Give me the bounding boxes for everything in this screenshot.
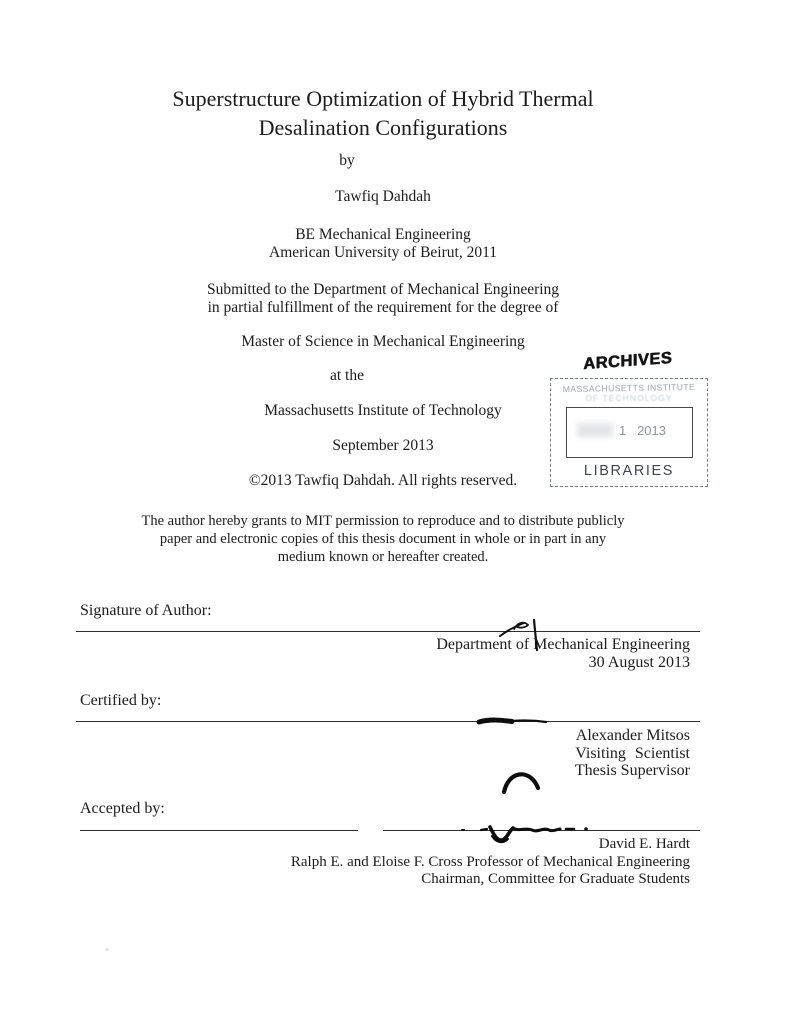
supervisor-name: Alexander Mitsos xyxy=(575,727,690,745)
author-signature-attribution: Department of Mechanical Engineering 30 … xyxy=(436,636,690,671)
certified-by-label: Certified by: xyxy=(80,692,161,710)
archives-stamp: ARCHIVES MASSACHUSETTS INSTITUTE OF TECH… xyxy=(550,351,710,491)
author-sign-date: 30 August 2013 xyxy=(436,654,690,672)
thesis-title-line2: Desalination Configurations xyxy=(0,113,766,142)
submission-line2: in partial fulfillment of the requiremen… xyxy=(0,299,766,317)
accepted-signature-line-right xyxy=(383,830,700,831)
thesis-title-line1: Superstructure Optimization of Hybrid Th… xyxy=(0,84,766,113)
accepted-signature-line-left xyxy=(80,830,358,831)
permission-line3: medium known or hereafter created. xyxy=(0,548,766,566)
chairman-title: Chairman, Committee for Graduate Student… xyxy=(291,871,690,889)
scan-speck xyxy=(105,948,109,951)
certified-attribution: Alexander Mitsos Visiting Scientist Thes… xyxy=(575,727,690,780)
library-stamp-box: MASSACHUSETTS INSTITUTE OF TECHNOLOGY 1 … xyxy=(550,378,708,487)
submission-line1: Submitted to the Department of Mechanica… xyxy=(0,281,766,299)
stamp-ink-smear xyxy=(577,423,613,437)
permission-line1: The author hereby grants to MIT permissi… xyxy=(0,512,766,530)
supervisor-role: Visiting Scientist xyxy=(575,745,690,763)
chairman-name: David E. Hardt xyxy=(291,836,690,854)
author-signature-line xyxy=(76,631,700,632)
byline: by xyxy=(0,152,694,170)
stamp-institute-line2: OF TECHNOLOGY xyxy=(551,393,707,403)
supervisor-title: Thesis Supervisor xyxy=(575,762,690,780)
degree-name: Master of Science in Mechanical Engineer… xyxy=(0,333,766,351)
supervisor-signature-flourish xyxy=(504,774,538,792)
stamp-date-text: 1 2013 xyxy=(619,423,666,438)
author-name: Tawfiq Dahdah xyxy=(0,188,766,206)
chairman-professorship: Ralph E. and Eloise F. Cross Professor o… xyxy=(291,854,690,872)
thesis-title-page: Superstructure Optimization of Hybrid Th… xyxy=(0,0,791,1024)
credential-degree: BE Mechanical Engineering xyxy=(0,226,766,244)
stamp-date-box: 1 2013 xyxy=(566,407,693,458)
archives-stamp-label: ARCHIVES xyxy=(583,349,672,374)
permission-line2: paper and electronic copies of this thes… xyxy=(0,530,766,548)
accepted-by-label: Accepted by: xyxy=(80,800,165,818)
accepted-attribution: David E. Hardt Ralph E. and Eloise F. Cr… xyxy=(291,836,690,889)
stamp-libraries-label: LIBRARIES xyxy=(551,463,707,479)
signature-of-author-label: Signature of Author: xyxy=(80,602,212,620)
credential-university: American University of Beirut, 2011 xyxy=(0,244,766,262)
author-department: Department of Mechanical Engineering xyxy=(436,636,690,654)
certified-signature-line xyxy=(76,721,700,722)
